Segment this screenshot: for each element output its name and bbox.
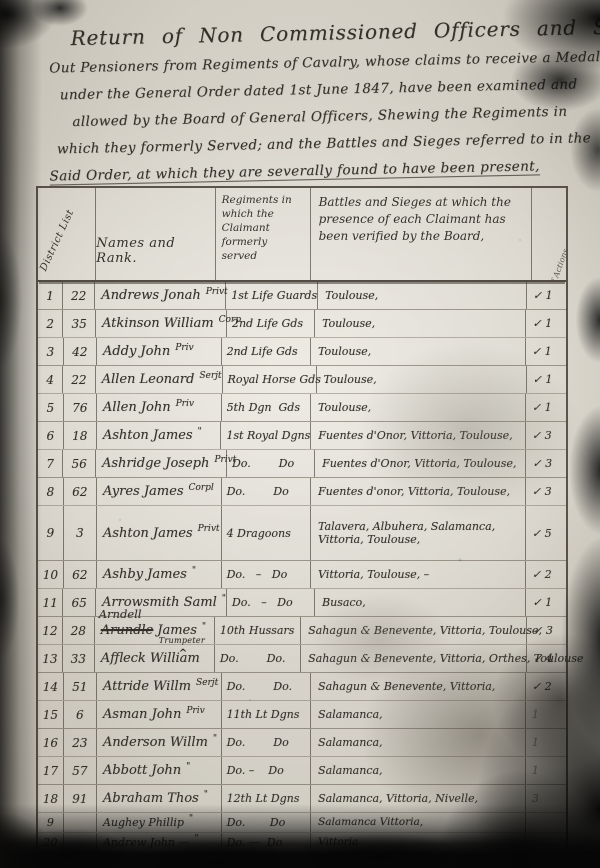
name-text: Ayres James (103, 484, 184, 499)
name-cell: Ashton James" (97, 422, 222, 449)
name-annotation: Trumpeter (159, 636, 205, 645)
regiment-cell: Do. Do (222, 478, 311, 505)
name-cell: Andrew John —" (97, 833, 222, 852)
name-text: Ashton James (103, 428, 193, 443)
regiment-cell: 13 Light Dgns (222, 853, 311, 868)
rank-text: " (192, 566, 196, 576)
rank-text: " (213, 734, 217, 744)
regiment-cell: Do. Do. (222, 673, 311, 700)
regiment-cell: 5th Dgn Gds (222, 394, 311, 421)
regiment-cell: 10th Hussars (215, 617, 301, 644)
battles-cell: Sahagun & Benevente, Vittoria, Toulouse, (301, 617, 527, 644)
name-cell: Angel John (97, 853, 222, 868)
caret-mark: ^ (179, 648, 187, 659)
district-number: 56 (63, 450, 96, 477)
name-text: Ashton James (103, 526, 193, 541)
battles-cell: Vittoria, Toulouse, – (311, 561, 526, 588)
table-row: 422Allen LeonardSerjtRoyal Horse GdsToul… (38, 366, 566, 394)
table-row: 756Ashridge JosephPrivtDo. DoFuentes d'O… (38, 450, 566, 478)
name-cell: Asman JohnPriv (97, 701, 222, 728)
table-row: 156Asman JohnPriv11th Lt DgnsSalamanca,1 (38, 701, 566, 729)
table-rows: 122Andrews JonahPrivt1st Life GuardsToul… (38, 282, 566, 868)
district-number: 62 (64, 478, 97, 505)
name-text: Abraham Thos (103, 791, 199, 806)
row-number: 18 (38, 785, 64, 812)
verified-cell: ✓ 4 (527, 645, 566, 672)
district-number: 28 (63, 617, 95, 644)
row-number: 5 (38, 394, 64, 421)
table-row: 1623Anderson Willm"Do. DoSalamanca,1 (38, 729, 566, 757)
rank-text: " (194, 834, 198, 844)
district-number: 22 (63, 366, 96, 393)
table-header: District List Names and Rank. Regiments … (38, 188, 566, 282)
regiment-cell: Do. Do (222, 729, 311, 756)
rank-text: Corpl (189, 483, 214, 493)
district-number: 35 (63, 310, 96, 337)
district-number: 23 (64, 729, 97, 756)
regiment-cell: Do. — Do (222, 833, 311, 852)
table-row: 1451Attride WillmSerjtDo. Do.Sahagun & B… (38, 673, 566, 701)
regiment-cell: 11th Lt Dgns (222, 701, 311, 728)
table-row: 342Addy JohnPriv2nd Life GdsToulouse,✓ 1 (38, 338, 566, 366)
row-number: 10 (38, 561, 64, 588)
verified-cell: ✓ 1 (526, 394, 566, 421)
name-cell: Attride WillmSerjt (97, 673, 222, 700)
verified-cell: 1 (526, 757, 566, 784)
rank-text: " (222, 594, 226, 604)
verified-cell: ✓ 1 (527, 366, 566, 393)
name-text: Atkinson William (102, 316, 214, 331)
verified-cell (526, 853, 566, 868)
table-row: 93Ashton JamesPrivt4 DragoonsTalavera, A… (38, 506, 566, 561)
regiment-cell: 4 Dragoons (222, 506, 311, 560)
row-number: 2 (38, 310, 63, 337)
verified-cell (526, 813, 566, 832)
regiment-cell: 2nd Life Gds (222, 338, 311, 365)
name-text: Asman John (103, 707, 181, 722)
battles-cell: Toulouse, (318, 282, 527, 309)
name-cell: Affleck WilliamTrumpeter^ (95, 645, 215, 672)
district-list-label: District List (38, 208, 76, 273)
battles-cell: Salamanca Vittoria, (311, 813, 526, 832)
verified-count-label: No of Actions at which present (543, 188, 566, 280)
row-number: 7 (38, 450, 63, 477)
district-number: 6 (64, 701, 97, 728)
name-text: Allen Leonard (102, 372, 195, 387)
table-row: 235Atkinson WilliamCorp2nd Life GdsToulo… (38, 310, 566, 338)
header-names-rank: Names and Rank. (96, 188, 215, 280)
row-number: 11 (38, 589, 63, 616)
district-number: 76 (64, 394, 97, 421)
header-district: District List (38, 188, 96, 280)
name-cell: Ayres JamesCorpl (97, 478, 222, 505)
name-text: Andrew John — (103, 836, 189, 849)
rank-text: Serjt (196, 678, 218, 688)
rank-text: Privt (206, 287, 228, 297)
row-number: 15 (38, 701, 64, 728)
battles-cell: Vittoria (311, 833, 526, 852)
name-cell: Ashby James" (97, 561, 222, 588)
district-number: 62 (64, 561, 97, 588)
name-text: Ashridge Joseph (102, 456, 209, 471)
table-row: 20Andrew John —"Do. — DoVittoria (38, 833, 566, 853)
district-number: 42 (64, 338, 97, 365)
row-number: 1 (38, 853, 64, 868)
regiment-cell: 1st Royal Dgns (221, 422, 311, 449)
regiment-cell: Do. – Do (222, 757, 311, 784)
battles-cell: Talavera, Albuhera, Salamanca, Vittoria,… (311, 506, 526, 560)
rank-text: Serjt (199, 371, 221, 381)
name-text: Andrews Jonah (101, 288, 200, 303)
verified-cell: ✓ 2 (526, 561, 566, 588)
verified-cell: ✓ 1 (526, 338, 566, 365)
table-row: 1062Ashby James"Do. – DoVittoria, Toulou… (38, 561, 566, 589)
name-text: Allen John (103, 400, 171, 415)
row-number: 3 (38, 338, 64, 365)
regiment-cell: Do. – Do (227, 589, 315, 616)
battles-cell: Fuentes d'Onor, Vittoria, Toulouse, (311, 422, 526, 449)
battles-cell: Salamanca, (311, 701, 526, 728)
table-row: 862Ayres JamesCorplDo. DoFuentes d'onor,… (38, 478, 566, 506)
name-text: Abbott John (103, 763, 181, 778)
row-number: 9 (38, 506, 64, 560)
battles-cell: Albuhera Vittoria, (311, 853, 526, 868)
rank-text: Privt (214, 455, 236, 465)
district-number: 18 (64, 422, 97, 449)
table-row: 1333Affleck WilliamTrumpeter^Do. Do.Saha… (38, 645, 566, 673)
regiment-cell: Do. Do. (215, 645, 301, 672)
rank-text: Priv (176, 399, 194, 409)
battles-cell: Fuentes d'onor, Vittoria, Toulouse, (311, 478, 526, 505)
regiment-cell: Royal Horse Gds (223, 366, 317, 393)
name-cell: Abbott John" (97, 757, 222, 784)
table-row: 1891Abraham Thos"12th Lt DgnsSalamanca, … (38, 785, 566, 813)
district-number: 91 (64, 785, 97, 812)
verified-cell: ✓ 1 (527, 282, 566, 309)
row-number: 17 (38, 757, 64, 784)
verified-cell: ✓ 3 (526, 450, 566, 477)
name-cell: Abraham Thos" (97, 785, 222, 812)
verified-cell: ✓ 3 (526, 478, 566, 505)
verified-cell: 3 (526, 785, 566, 812)
district-number: 51 (64, 673, 97, 700)
table-row: 1Angel John13 Light DgnsAlbuhera Vittori… (38, 853, 566, 868)
rank-text: " (189, 814, 193, 824)
name-cell: Ashridge JosephPrivt (96, 450, 227, 477)
header-verified: No of Actions at which present (532, 188, 566, 280)
battles-cell: Toulouse, (315, 310, 526, 337)
name-text: Aughey Phillip (103, 816, 184, 829)
rank-text: Priv (186, 706, 204, 716)
regiment-cell: Do. – Do (222, 561, 311, 588)
battles-cell: Sahagun & Benevente, Vittoria, Orthes, T… (301, 645, 527, 672)
table-row: 122Andrews JonahPrivt1st Life GuardsToul… (38, 282, 566, 310)
verified-cell: ✓ 3 (526, 422, 566, 449)
document-page: Return of Non Commissioned Officers and … (0, 0, 600, 868)
row-number: 16 (38, 729, 64, 756)
name-struck: Arundle (101, 623, 154, 638)
district-number: 22 (63, 282, 95, 309)
name-text: Angel John (103, 856, 164, 868)
table-row: 1757Abbott John"Do. – DoSalamanca,1 (38, 757, 566, 785)
register-table: District List Names and Rank. Regiments … (36, 186, 568, 868)
name-cell: Allen LeonardSerjt (96, 366, 223, 393)
rank-text: " (198, 427, 202, 437)
regiment-cell: 12th Lt Dgns (222, 785, 311, 812)
regiment-cell: Do. Do (227, 450, 315, 477)
row-number: 20 (38, 833, 64, 852)
name-cell: Addy JohnPriv (97, 338, 222, 365)
verified-cell (526, 833, 566, 852)
battles-cell: Salamanca, (311, 729, 526, 756)
row-number: 12 (38, 617, 63, 644)
name-text: Attride Willm (103, 679, 191, 694)
name-cell: Allen JohnPriv (97, 394, 222, 421)
name-cell: Aughey Phillip" (97, 813, 222, 832)
name-cell: Atkinson WilliamCorp (96, 310, 227, 337)
name-cell: Ashton JamesPrivt (97, 506, 222, 560)
header-regiments: Regiments in which the Claimant formerly… (216, 188, 311, 280)
battles-cell: Toulouse, (311, 394, 526, 421)
battles-cell: Toulouse, (317, 366, 527, 393)
row-number: 8 (38, 478, 64, 505)
table-row: 576Allen JohnPriv5th Dgn GdsToulouse,✓ 1 (38, 394, 566, 422)
name-text: Anderson Willm (103, 735, 208, 750)
name-correction: Arndell (99, 607, 142, 621)
verified-cell: ✓ 1 (526, 589, 566, 616)
verified-cell: ✓ 1 (526, 310, 566, 337)
document-title: Return of Non Commissioned Officers and … (42, 10, 585, 190)
battles-cell: Sahagun & Benevente, Vittoria, (311, 673, 526, 700)
district-number: 33 (63, 645, 95, 672)
name-cell: Andrews JonahPrivt (95, 282, 226, 309)
table-row: 618Ashton James"1st Royal DgnsFuentes d'… (38, 422, 566, 450)
verified-cell: 1 (526, 729, 566, 756)
row-number: 13 (38, 645, 63, 672)
table-row: 1228ArndellArundleJames"10th HussarsSaha… (38, 617, 566, 645)
rank-text: " (186, 762, 190, 772)
row-number: 9 (38, 813, 64, 832)
verified-cell: ✓ 2 (526, 673, 566, 700)
row-number: 6 (38, 422, 64, 449)
district-number: 65 (63, 589, 96, 616)
battles-cell: Salamanca, (311, 757, 526, 784)
district-number (64, 813, 97, 832)
rank-text: " (202, 622, 206, 632)
table-row: 9Aughey Phillip"Do. DoSalamanca Vittoria… (38, 813, 566, 833)
name-text: Ashby James (103, 567, 187, 582)
verified-cell: ✓ 5 (526, 506, 566, 560)
row-number: 4 (38, 366, 63, 393)
regiment-cell: Do. Do (222, 813, 311, 832)
rank-text: " (204, 790, 208, 800)
district-number (64, 833, 97, 852)
battles-cell: Toulouse, (311, 338, 526, 365)
name-text: Addy John (103, 344, 170, 359)
row-number: 1 (38, 282, 63, 309)
header-battles: Battles and Sieges at which the presence… (311, 188, 532, 280)
battles-cell: Busaco, (315, 589, 526, 616)
district-number: 57 (64, 757, 97, 784)
district-number (64, 853, 97, 868)
district-number: 3 (64, 506, 97, 560)
regiment-cell: 1st Life Guards (226, 282, 318, 309)
battles-cell: Salamanca, Vittoria, Nivelle, (311, 785, 526, 812)
rank-text: Corp (219, 315, 241, 325)
verified-cell: 1 (526, 701, 566, 728)
verified-cell: ✓ 3 (527, 617, 566, 644)
rank-text: Privt (198, 524, 220, 534)
rank-text: Priv (175, 343, 193, 353)
name-cell: Anderson Willm" (97, 729, 222, 756)
row-number: 14 (38, 673, 64, 700)
battles-cell: Fuentes d'Onor, Vittoria, Toulouse, (315, 450, 526, 477)
